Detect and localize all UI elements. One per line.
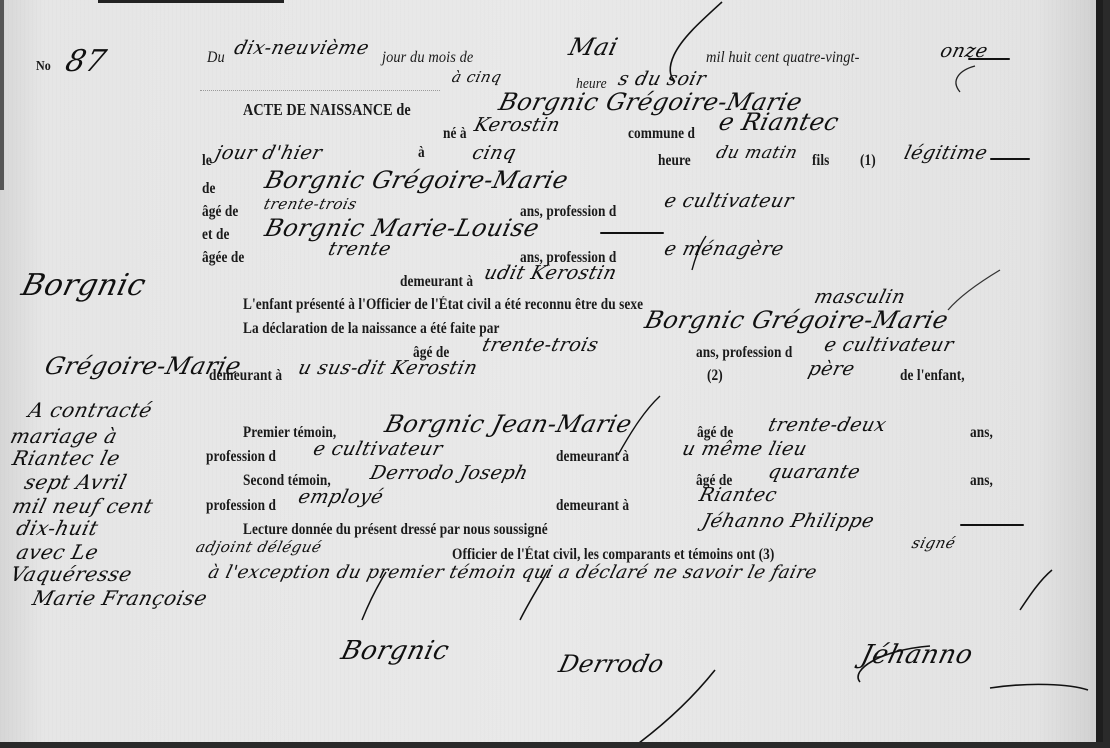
handwriting-flourishes [0,0,1103,742]
register-page: No 87 Du dix-neuvième jour du mois de Ma… [0,0,1103,742]
page-bottom-edge [0,742,1110,748]
page-right-edge [1096,0,1103,742]
